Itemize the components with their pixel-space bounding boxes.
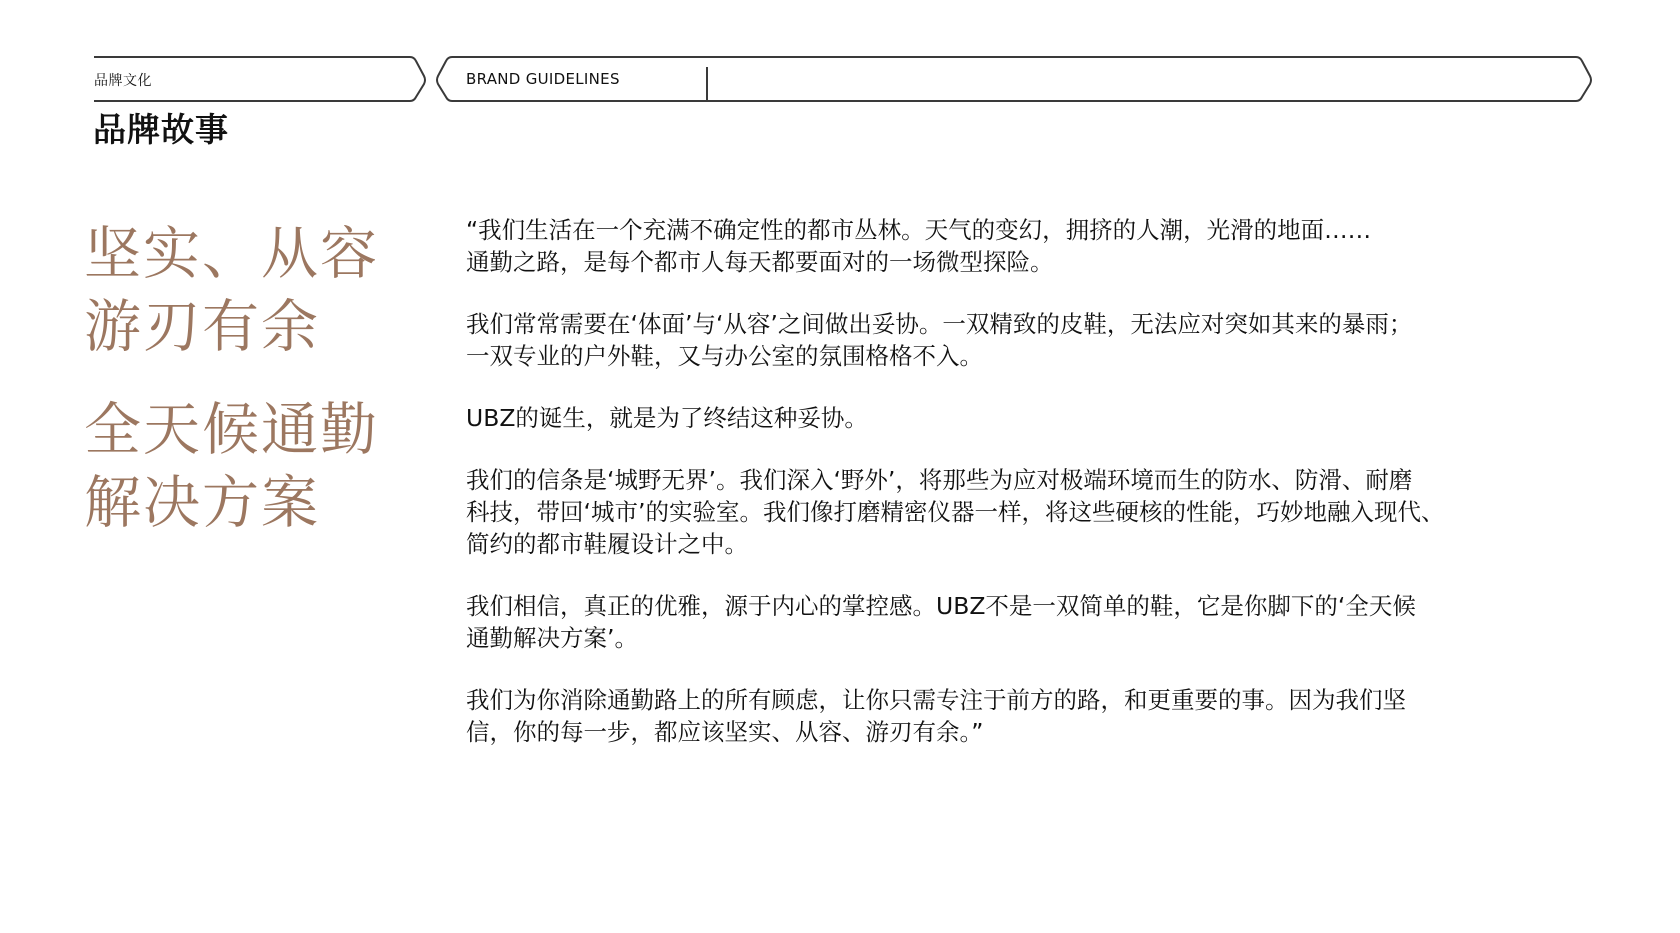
story-paragraph: 我们相信，真正的优雅，源于内心的掌控感。UBZ不是一双简单的鞋，它是你脚下的‘全…: [466, 590, 1586, 654]
header-banner-frame: [0, 0, 1680, 110]
story-paragraph: 我们的信条是‘城野无界’。我们深入‘野外’，将那些为应对极端环境而生的防水、防滑…: [466, 464, 1586, 560]
secondary-slogan-line1: 全天候通勤: [84, 394, 379, 467]
story-paragraph: 我们常常需要在‘体面’与‘从容’之间做出妥协。一双精致的皮鞋，无法应对突如其来的…: [466, 308, 1586, 372]
story-paragraph: “我们生活在一个充满不确定性的都市丛林。天气的变幻，拥挤的人潮，光滑的地面…… …: [466, 214, 1586, 278]
brand-story-text: “我们生活在一个充满不确定性的都市丛林。天气的变幻，拥挤的人潮，光滑的地面…… …: [466, 214, 1586, 778]
primary-slogan-line1: 坚实、从容: [84, 218, 379, 291]
secondary-slogan: 全天候通勤 解决方案: [84, 394, 379, 540]
page-title: 品牌故事: [93, 104, 229, 151]
secondary-slogan-line2: 解决方案: [84, 467, 379, 540]
guidelines-label: BRAND GUIDELINES: [466, 70, 620, 88]
primary-slogan-line2: 游刃有余: [84, 291, 379, 364]
primary-slogan: 坚实、从容 游刃有余: [84, 218, 379, 364]
section-label: 品牌文化: [94, 70, 152, 90]
story-paragraph: 我们为你消除通勤路上的所有顾虑，让你只需专注于前方的路，和更重要的事。因为我们坚…: [466, 684, 1586, 748]
story-paragraph: UBZ的诞生，就是为了终结这种妥协。: [466, 402, 1586, 434]
